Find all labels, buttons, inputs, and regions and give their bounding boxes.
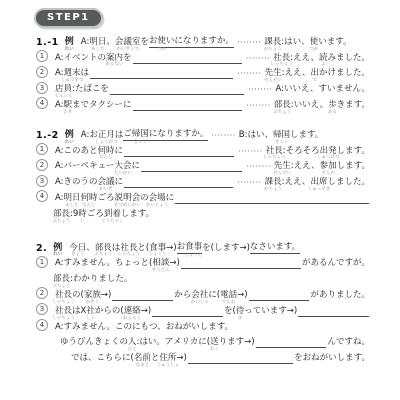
ruby-word: 正月しょうがつ <box>98 130 115 141</box>
text-segment: までタクシーに <box>72 100 132 111</box>
text-segment: :9 <box>70 209 78 220</box>
leader-dots: ········ <box>237 39 261 47</box>
ruby-word: 名前なまえ <box>134 353 151 364</box>
furigana: しゃちょう <box>52 301 75 306</box>
text-segment: A:すみません。ちょっと( <box>55 258 152 269</box>
ruby-word: 先生せんせい <box>274 161 291 172</box>
text-segment: A:きのうの <box>55 177 98 188</box>
ruby-base: 大会 <box>115 161 132 171</box>
exercise-row: 4A:駅えきまでタクシーに········部長ぶちょう:いいえ。歩あるきます。 <box>36 95 370 111</box>
furigana: ひと <box>128 348 137 353</box>
ruby-base: 時 <box>78 209 87 219</box>
answer-blank <box>181 267 301 269</box>
text-segment: に <box>132 161 141 172</box>
answer-blank <box>141 170 242 172</box>
furigana: かいじょう <box>146 204 169 209</box>
ruby-word: 大会たいかい <box>115 161 132 172</box>
text-segment: から <box>174 290 191 301</box>
section-label: 1.-2 <box>36 130 59 141</box>
text-segment: きます。 <box>337 100 370 111</box>
ruby-base: 何時 <box>81 193 98 203</box>
item-number: 3 <box>36 303 48 315</box>
exercise-sections: 1.-1例れいA:明日あした、会議室かいぎしつをお使つかいになりますか。····… <box>36 32 370 364</box>
leader-dots: ········ <box>246 102 270 110</box>
text-segment: :いいえ。 <box>291 100 328 111</box>
text-segment: します。 <box>121 209 154 220</box>
furigana: しゃちょう <box>118 253 141 258</box>
ruby-base: 人 <box>128 337 137 347</box>
text-segment: をおねがいします。 <box>294 353 370 364</box>
exercise-row: ゆうびんきょくの人ひと:はい。アメリカに(送おくります→)んですね。 <box>36 333 370 349</box>
answer-blank <box>249 299 310 301</box>
ruby-base: 食事 <box>149 243 166 253</box>
ruby-word: 会議かいぎ <box>98 177 115 188</box>
answer-blank <box>298 315 369 317</box>
item-number: 2 <box>36 159 48 171</box>
furigana: れんらく <box>123 317 141 322</box>
ruby-base: 説明会 <box>115 193 141 203</box>
ruby-word: 到着とうちゃく <box>104 209 121 220</box>
ruby-word: 食事しょくじ <box>185 242 202 254</box>
ruby-word: 読よ <box>319 53 328 64</box>
ruby-word: 家族かぞく <box>84 290 101 301</box>
ruby-base: 店員 <box>55 84 72 94</box>
exercise-row: 3A:きのうの会議かいぎに········課長かちょう:ええ、出席しゅっせきしま… <box>36 172 370 188</box>
ruby-base: 今日 <box>69 243 86 253</box>
furigana: かちょう <box>264 188 282 193</box>
furigana: でんわ <box>222 301 236 306</box>
ruby-word: 会場かいじょう <box>149 193 166 204</box>
ruby-word: 社長しゃちょう <box>120 243 137 254</box>
answer-blank <box>124 155 234 157</box>
ruby-base: 社 <box>86 306 95 316</box>
text-segment: →) <box>169 258 179 269</box>
exercise-row: では、こちらに(名前なまえと住所じゅうしょ→)をおねがいします。 <box>36 348 370 364</box>
leader-dots: ········ <box>237 70 261 78</box>
ruby-base: 部長 <box>274 100 291 110</box>
ruby-word: 使つか <box>310 37 319 48</box>
furigana: しゅうまつ <box>61 79 84 84</box>
furigana: せんせい <box>273 172 291 177</box>
ruby-word: 何時なんじ <box>81 193 98 204</box>
ruby-base: 住所 <box>159 353 176 363</box>
text-segment: A:すみません。このにもつ、おねがいします。 <box>55 322 233 333</box>
furigana: せつめいかい <box>114 204 141 209</box>
text-segment: になりますか。 <box>149 129 209 141</box>
text-segment: :ええ、 <box>282 177 311 188</box>
furigana: つか <box>309 48 318 53</box>
furigana: じ <box>80 220 85 225</box>
text-segment: :ええ、 <box>291 161 320 172</box>
ruby-base: 社長 <box>266 146 283 156</box>
furigana: しょうがつ <box>95 141 118 146</box>
text-segment: かけました。 <box>319 68 370 79</box>
ruby-word: 会社かいしゃ <box>191 290 208 301</box>
ruby-word: 相談そうだん <box>152 258 169 269</box>
furigana: れい <box>53 253 62 258</box>
example-marker: 例 <box>65 130 74 140</box>
text-segment: :はい。アメリカに( <box>137 337 211 348</box>
ruby-word: 帰国きこく <box>132 129 149 141</box>
text-segment: しました。 <box>327 177 370 188</box>
text-segment: 、 <box>106 37 115 48</box>
ruby-word: 連絡れんらく <box>124 306 141 317</box>
text-segment: B:はい、 <box>239 130 273 141</box>
ruby-base: 会議室 <box>115 37 141 47</box>
text-segment: します。 <box>337 146 370 157</box>
ruby-base: 会議 <box>98 177 115 187</box>
exercise-row: 1A:イベントの案内あんないを········社長しゃちょう:ええ、読よみました… <box>36 48 370 64</box>
item-number: 2 <box>36 66 48 78</box>
answer-blank <box>188 362 293 364</box>
ruby-word: 食事しょくじ <box>149 243 166 254</box>
ruby-base: 会社 <box>191 290 208 300</box>
furigana: れい <box>65 48 74 53</box>
text-segment: A: <box>81 37 90 48</box>
answer-blank <box>133 62 242 64</box>
furigana: そうだん <box>152 269 170 274</box>
step-badge: STEP1 <box>34 8 103 28</box>
ruby-base: 会場 <box>149 193 166 203</box>
example-marker: 例 <box>65 37 74 47</box>
text-segment: します。 <box>290 130 323 141</box>
furigana: あんない <box>106 63 124 68</box>
furigana: ぶちょう <box>273 111 291 116</box>
ruby-word: 部長ぶちょう <box>53 209 70 220</box>
item-number: 3 <box>36 175 48 187</box>
text-segment: A:バーベキュー <box>55 161 115 172</box>
text-segment: があるんですが。 <box>302 258 370 269</box>
item-number: 4 <box>36 190 48 202</box>
text-segment: A:このあと <box>55 146 98 157</box>
furigana: なんじ <box>99 156 113 161</box>
furigana: たいかい <box>114 172 132 177</box>
furigana: あした <box>91 48 105 53</box>
ruby-base: 社長 <box>55 306 72 316</box>
ruby-word: 例れい <box>65 37 74 48</box>
ruby-word: 出で <box>310 68 319 79</box>
furigana: きこく <box>134 141 148 146</box>
exercise-row: 3店員てんいん:たばこを········A:いいえ、すいません。 <box>36 79 370 95</box>
section-label: 2. <box>36 243 47 254</box>
text-segment: では、こちらに( <box>71 353 134 364</box>
text-segment: っています→) <box>244 306 297 317</box>
ruby-base: 先生 <box>265 68 282 78</box>
ruby-base: 帰国 <box>273 130 290 140</box>
ruby-word: 店員てんいん <box>55 84 72 95</box>
text-segment: :そろそろ <box>283 146 320 157</box>
furigana: じゅうしょ <box>157 364 180 369</box>
item-number: 4 <box>36 319 48 331</box>
text-segment: に <box>115 146 124 157</box>
text-segment: を(します→) <box>202 243 250 254</box>
ruby-base: 読 <box>319 53 328 63</box>
ruby-word: 人ひと <box>128 337 137 348</box>
text-segment: ごろ <box>98 193 115 204</box>
furigana: よ <box>321 63 326 68</box>
ruby-base: 部長 <box>53 274 70 284</box>
exercise-row: 2.例れい今日きょう、部長ぶちょうは社長しゃちょうと(食事しょくじ→)お食事しょ… <box>36 238 370 254</box>
ruby-word: 待ま <box>236 306 245 317</box>
item-number: 4 <box>36 97 48 109</box>
exercise-row: 1.-1例れいA:明日あした、会議室かいぎしつをお使つかいになりますか。····… <box>36 32 370 48</box>
item-number: 2 <box>36 287 48 299</box>
textbook-page: STEP1 1.-1例れいA:明日あした、会議室かいぎしつをお使つかいになります… <box>0 0 400 400</box>
text-segment: →) <box>166 243 176 254</box>
text-segment: →) <box>101 290 111 301</box>
text-segment: :ええ、 <box>290 53 319 64</box>
ruby-word: 会議室かいぎしつ <box>115 37 141 48</box>
text-segment: に <box>115 177 124 188</box>
text-segment: A:いいえ、すいません。 <box>275 84 370 95</box>
furigana: きこく <box>275 141 289 146</box>
ruby-word: 社長しゃちょう <box>55 306 72 317</box>
leader-dots: ········ <box>237 179 261 187</box>
furigana: ま <box>238 317 243 322</box>
text-segment: →) <box>237 290 247 301</box>
leader-dots: ········ <box>238 148 262 156</box>
furigana: しゃ <box>86 317 95 322</box>
item-number: 1 <box>36 143 48 155</box>
ruby-base: 帰国 <box>132 129 149 139</box>
ruby-base: 名前 <box>134 353 151 363</box>
ruby-word: 先生せんせい <box>265 68 282 79</box>
ruby-base: 出 <box>310 68 319 78</box>
ruby-word: 駅えき <box>64 100 73 111</box>
ruby-word: 説明会せつめいかい <box>115 193 141 204</box>
ruby-base: 参加 <box>320 161 337 171</box>
ruby-base: 電話 <box>220 290 237 300</box>
furigana: かいぎ <box>99 188 113 193</box>
ruby-word: 参加さんか <box>320 161 337 172</box>
ruby-base: 家族 <box>84 290 101 300</box>
ruby-base: 明日 <box>64 193 81 203</box>
text-segment: ご <box>123 129 132 141</box>
leader-dots: ········ <box>246 55 270 63</box>
furigana: えき <box>63 111 72 116</box>
text-segment: を( <box>224 306 236 317</box>
example-marker: 例 <box>53 243 62 253</box>
ruby-base: 歩 <box>328 100 337 110</box>
text-segment: →) <box>141 306 151 317</box>
furigana: てんいん <box>55 95 73 100</box>
ruby-word: 帰国きこく <box>273 130 290 141</box>
text-segment: がありました。 <box>310 290 370 301</box>
ruby-word: 部長ぶちょう <box>95 243 112 254</box>
answer-blank <box>152 315 223 317</box>
furigana: とうちゃく <box>101 220 124 225</box>
furigana: つか <box>157 48 166 53</box>
ruby-base: 待 <box>236 306 245 316</box>
ruby-word: 出発しゅっぱつ <box>320 146 337 157</box>
answer-blank <box>110 93 244 95</box>
ruby-word: 社長しゃちょう <box>55 290 72 301</box>
exercise-row: 1A:このあと何時なんじに········社長しゃちょう:そろそろ出発しゅっぱつ… <box>36 141 370 157</box>
text-segment: いになりますか。 <box>166 36 234 48</box>
ruby-base: 先生 <box>274 161 291 171</box>
furigana: なまえ <box>136 364 150 369</box>
section-label: 1.-1 <box>36 37 59 48</box>
furigana: さんか <box>321 172 335 177</box>
furigana: かぞく <box>86 301 100 306</box>
ruby-word: 出席しゅっせき <box>310 177 327 188</box>
text-segment: なさいます。 <box>250 242 300 254</box>
ruby-word: 今日きょう <box>69 243 86 254</box>
text-segment: ゆうびんきょくの <box>60 337 128 348</box>
text-segment: A:イベントの <box>55 53 106 64</box>
exercise-row: 2社長しゃちょうの(家族かぞく→)から会社かいしゃに(電話でんわ→)がありました… <box>36 285 370 301</box>
ruby-base: 使 <box>310 37 319 47</box>
ruby-word: 何時なんじ <box>98 146 115 157</box>
ruby-base: 出発 <box>320 146 337 156</box>
leader-dots: ········ <box>246 163 270 171</box>
ruby-base: 社長 <box>55 290 72 300</box>
text-segment: みました。 <box>327 53 370 64</box>
answer-blank <box>90 77 233 79</box>
ruby-base: 相談 <box>152 258 169 268</box>
ruby-word: 時じ <box>78 209 87 220</box>
text-segment: います。 <box>318 37 351 48</box>
text-segment: :わかりました。 <box>70 274 132 285</box>
ruby-word: 部長ぶちょう <box>53 274 70 285</box>
exercise-row: 部長ぶちょう:わかりました。 <box>36 269 370 285</box>
furigana: かいぎしつ <box>116 48 139 53</box>
exercise-section: 2.例れい今日きょう、部長ぶちょうは社長しゃちょうと(食事しょくじ→)お食事しょ… <box>36 238 370 364</box>
ruby-base: 課長 <box>264 37 281 47</box>
ruby-word: 明日あした <box>64 193 81 204</box>
text-segment: を <box>140 37 149 48</box>
furigana: かいしゃ <box>191 301 209 306</box>
ruby-base: 出席 <box>310 177 327 187</box>
step-badge-label: STEP1 <box>47 12 90 23</box>
answer-blank <box>175 202 369 204</box>
ruby-base: 社長 <box>120 243 137 253</box>
text-segment: からの( <box>95 306 124 317</box>
answer-blank <box>256 346 327 348</box>
furigana: ぶちょう <box>94 253 112 258</box>
item-number: 3 <box>36 82 48 94</box>
exercise-row: 1A:すみません。ちょっと(相談そうだん→)があるんですが。 <box>36 254 370 270</box>
ruby-base: 部長 <box>53 209 70 219</box>
ruby-base: 送 <box>210 337 219 347</box>
ruby-word: 課長かちょう <box>265 177 282 188</box>
text-segment: に( <box>208 290 220 301</box>
ruby-word: 電話でんわ <box>220 290 237 301</box>
exercise-section: 1.-2例れいA:お正月しょうがつはご帰国きこくになりますか。········B… <box>36 125 370 220</box>
furigana: かちょう <box>264 48 282 53</box>
ruby-word: 送おく <box>210 337 219 348</box>
furigana: しゅっせき <box>308 188 331 193</box>
furigana: おく <box>210 348 219 353</box>
ruby-base: 明日 <box>89 37 106 47</box>
ruby-base: 正月 <box>98 130 115 140</box>
ruby-base: 課長 <box>265 177 282 187</box>
item-number: 1 <box>36 50 48 62</box>
ruby-base: 週末 <box>64 68 81 78</box>
ruby-base: 到着 <box>104 209 121 219</box>
answer-blank <box>124 186 233 188</box>
ruby-word: 案内あんない <box>106 53 123 64</box>
ruby-word: 住所じゅうしょ <box>159 353 176 364</box>
furigana: あした <box>65 204 79 209</box>
furigana: で <box>312 79 317 84</box>
furigana: ぶちょう <box>53 285 71 290</box>
ruby-word: 社しゃ <box>86 306 95 317</box>
text-segment: ります→) <box>219 337 255 348</box>
ruby-base: 何時 <box>98 146 115 156</box>
ruby-base: 案内 <box>106 53 123 63</box>
furigana: れい <box>65 141 74 146</box>
furigana: しゃちょう <box>52 317 75 322</box>
exercise-row: 2A:週末しゅうまつは········先生せんせい:ええ、出でかけました。 <box>36 64 370 80</box>
ruby-base: 部長 <box>95 243 112 253</box>
ruby-word: 部長ぶちょう <box>274 100 291 111</box>
ruby-word: 週末しゅうまつ <box>64 68 81 79</box>
exercise-row: 1.-2例れいA:お正月しょうがつはご帰国きこくになりますか。········B… <box>36 125 370 141</box>
ruby-base: 使 <box>157 36 166 46</box>
ruby-word: 社長しゃちょう <box>273 53 290 64</box>
furigana: なんじ <box>82 204 96 209</box>
ruby-word: 明日あした <box>89 37 106 48</box>
ruby-word: 課長かちょう <box>264 37 281 48</box>
answer-blank <box>133 109 243 111</box>
ruby-base: 社長 <box>273 53 290 63</box>
furigana: ぶちょう <box>53 220 71 225</box>
text-segment: お <box>149 36 158 48</box>
exercise-section: 1.-1例れいA:明日あした、会議室かいぎしつをお使つかいになりますか。····… <box>36 32 370 111</box>
text-segment: んですね。 <box>327 337 370 348</box>
ruby-word: 例れい <box>53 243 62 254</box>
ruby-base: 連絡 <box>124 306 141 316</box>
text-segment: :たばこを <box>72 84 109 95</box>
furigana: しょくじ <box>185 254 203 259</box>
leader-dots: ········ <box>211 132 235 140</box>
ruby-word: 使つか <box>157 36 166 48</box>
text-segment: :ええ、 <box>282 68 311 79</box>
answer-blank <box>112 299 173 301</box>
furigana: せんせい <box>264 79 282 84</box>
furigana: ある <box>328 111 337 116</box>
ruby-word: 社長しゃちょう <box>266 146 283 157</box>
text-segment: :はい、 <box>281 37 309 48</box>
ruby-word: 歩ある <box>328 100 337 111</box>
ruby-word: 例れい <box>65 130 74 141</box>
furigana: きょう <box>71 253 85 258</box>
ruby-base: 食事 <box>185 242 202 252</box>
ruby-base: 駅 <box>64 100 73 110</box>
item-number: 1 <box>36 256 48 268</box>
text-segment: します。 <box>337 161 370 172</box>
text-segment: A: <box>55 100 64 111</box>
text-segment: A: <box>55 193 64 204</box>
text-segment: を <box>123 53 132 64</box>
leader-dots: ········ <box>248 86 272 94</box>
